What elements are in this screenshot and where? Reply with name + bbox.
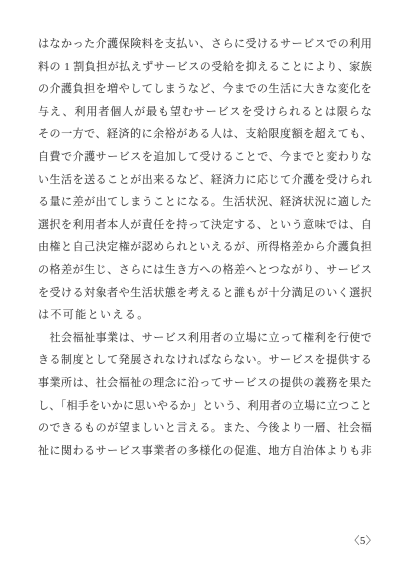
text-line: の格差が生じ、さらには生き方への格差へとつながり、サービス <box>38 259 372 282</box>
paragraph-2: 社会福祉事業は、サービス利用者の立場に立って権利を行使できる制度として発展されな… <box>38 327 372 463</box>
text-line: のできるものが望ましいと言える。また、今後より一層、社会福 <box>38 417 372 440</box>
text-line: 自費で介護サービスを追加して受けることで、今までと変わりな <box>38 146 372 169</box>
body-text: はなかった介護保険料を支払い、さらに受けるサービスでの利用料の 1 割負担が払え… <box>38 33 372 462</box>
text-line: の介護負担を増やしてしまうなど、今までの生活に大きな変化を <box>38 78 372 101</box>
text-line: を受ける対象者や生活状態を考えると誰もが十分満足のいく選択 <box>38 282 372 305</box>
text-line: その一方で、経済的に余裕がある人は、支給限度額を超えても、 <box>38 123 372 146</box>
text-line: 選択を利用者本人が責任を持って決定する、という意味では、自 <box>38 214 372 237</box>
paragraph-1: はなかった介護保険料を支払い、さらに受けるサービスでの利用料の 1 割負担が払え… <box>38 33 372 327</box>
text-line: は不可能といえる。 <box>38 304 372 327</box>
text-line: 与え、利用者個人が最も望むサービスを受けられるとは限らない。 <box>38 101 372 124</box>
text-line: 料の 1 割負担が払えずサービスの受給を抑えることにより、家族 <box>38 56 372 79</box>
text-line: きる制度として発展されなければならない。サービスを提供する <box>38 349 372 372</box>
text-line: し、「相手をいかに思いやるか」という、利用者の立場に立つこと <box>38 395 372 418</box>
page-number: 〈5〉 <box>349 533 379 548</box>
text-line: い生活を送ることが出来るなど、経済力に応じて介護を受けられ <box>38 169 372 192</box>
text-line: 祉に関わるサービス事業者の多様化の促進、地方自治体よりも非 <box>38 440 372 463</box>
text-line: る量に差が出てしまうことになる。生活状況、経済状況に適した <box>38 191 372 214</box>
text-line: 事業所は、社会福祉の理念に沿ってサービスの提供の義務を果た <box>38 372 372 395</box>
text-line: 社会福祉事業は、サービス利用者の立場に立って権利を行使で <box>38 327 372 350</box>
text-line: はなかった介護保険料を支払い、さらに受けるサービスでの利用 <box>38 33 372 56</box>
text-line: 由権と自己決定権が認められといえるが、所得格差から介護負担 <box>38 236 372 259</box>
document-page: はなかった介護保険料を支払い、さらに受けるサービスでの利用料の 1 割負担が払え… <box>0 0 410 580</box>
